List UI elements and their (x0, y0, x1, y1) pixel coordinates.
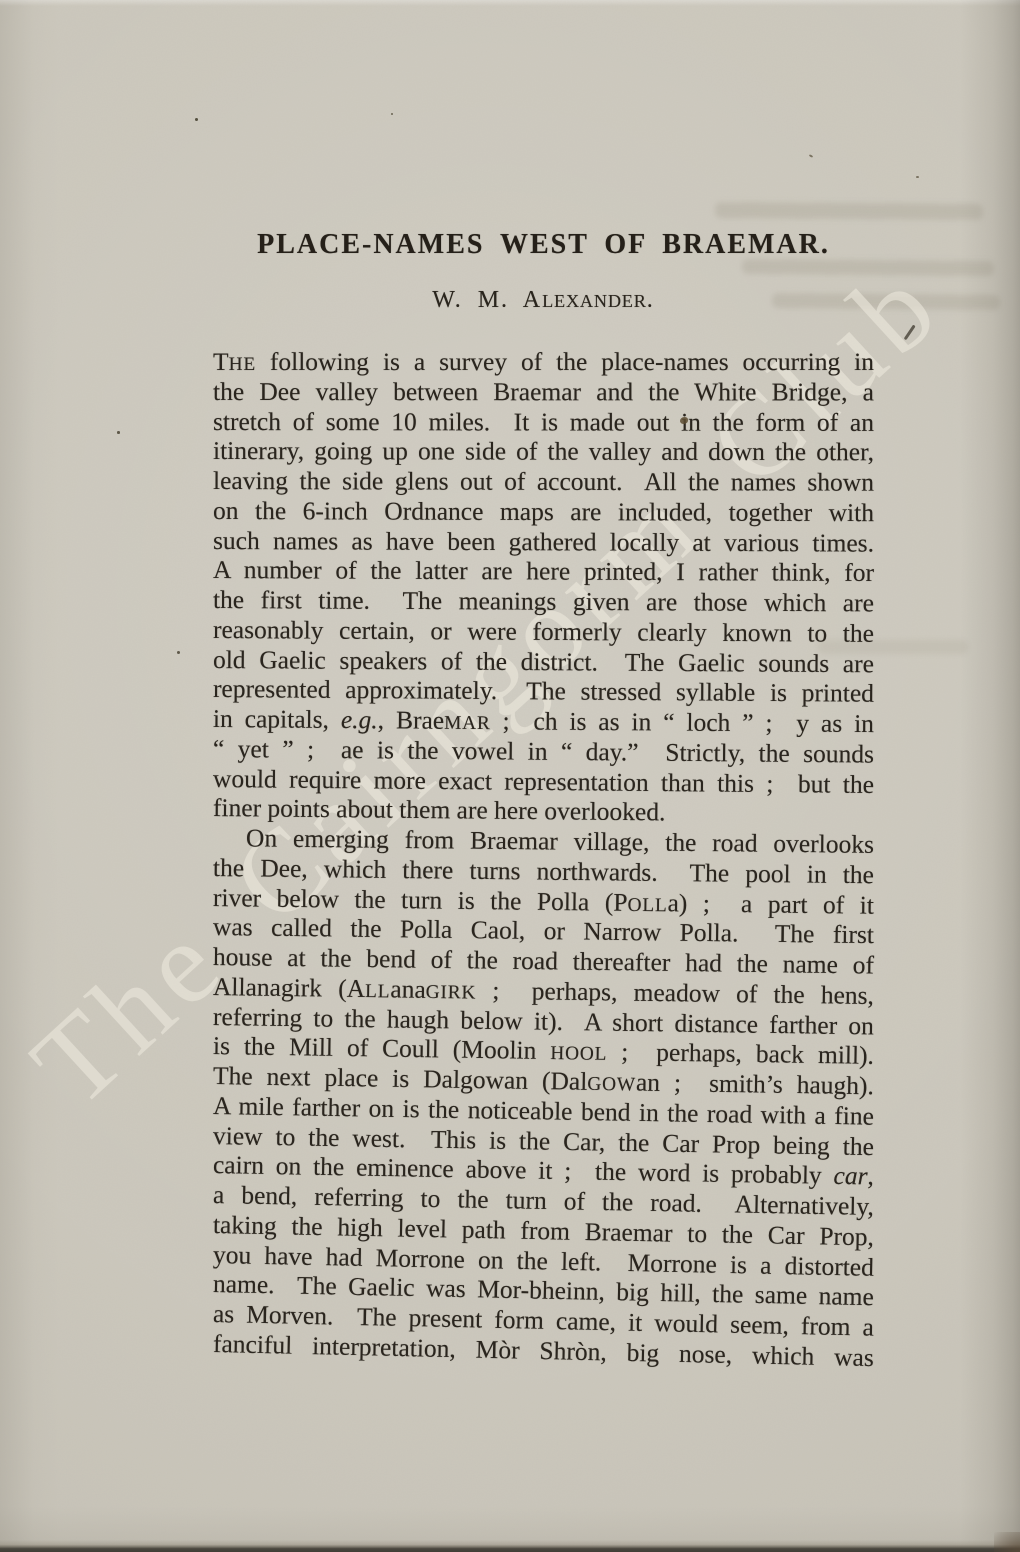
text-segment: , (867, 1162, 874, 1191)
ink-speck (809, 154, 813, 158)
text-line: leaving the side glens out of account. A… (213, 466, 874, 497)
text-segment: itinerary, going up one side of the vall… (213, 436, 874, 466)
small-caps-text: GIRK (426, 982, 477, 1004)
text-line: the first time. The meanings given are t… (213, 585, 874, 618)
scan-corner-shadow (994, 1532, 1020, 1552)
ink-speck (916, 176, 919, 178)
text-segment: represented approximately. The stressed … (213, 674, 874, 708)
text-line: itinerary, going up one side of the vall… (213, 436, 874, 467)
text-line: the Dee valley between Braemar and the W… (213, 377, 874, 407)
text-segment: reasonably certain, or were formerly cle… (213, 615, 874, 648)
text-segment: leaving the side glens out of account. A… (213, 466, 874, 497)
paragraph: On emerging from Braemar village, the ro… (213, 823, 874, 1359)
small-caps-text: LL (365, 981, 391, 1002)
text-segment: Allanagirk (A (213, 972, 365, 1003)
author-name: W. M. ALEXANDER. (213, 287, 874, 314)
text-line: “ yet ” ; ae is the vowel in “ day.” Str… (213, 734, 874, 769)
text-segment: river below the turn is the Polla (P (213, 883, 628, 917)
small-caps-text: OLL (627, 894, 667, 915)
text-segment: the first time. The meanings given are t… (213, 585, 874, 617)
ink-speck (195, 118, 198, 121)
ink-speck (117, 431, 120, 434)
text-line: A number of the latter are here printed,… (213, 555, 874, 588)
text-line: on the 6-inch Ordnance maps are included… (213, 496, 874, 528)
text-line: old Gaelic speakers of the district. The… (213, 645, 874, 679)
small-caps-text: LEXANDER (542, 291, 647, 311)
text-segment: ; ch is as in “ loch ” ; y as in (491, 706, 875, 738)
text-segment: is the Mill of Coull (Moolin (213, 1031, 551, 1065)
text-segment: in capitals, (213, 704, 341, 734)
text-segment: following is a survey of the place-names… (256, 347, 874, 376)
text-segment: , Brae (378, 705, 445, 735)
text-segment: the Dee valley between Braemar and the W… (213, 377, 874, 406)
text-segment: . (647, 287, 655, 313)
text-segment: The next place is Dalgowan (Dal (213, 1061, 588, 1096)
text-segment: an ; smith’s haugh). (636, 1068, 874, 1101)
page-title: PLACE-NAMES WEST OF BRAEMAR. (213, 229, 874, 261)
text-segment: finer points about them are here overloo… (213, 793, 666, 826)
page-curve-shadow (960, 0, 1020, 1552)
pen-mark (904, 325, 916, 341)
text-line: represented approximately. The stressed … (213, 674, 874, 708)
scanned-page: The Cairngorm Club PLACE-NAMES WEST OF B… (0, 0, 1020, 1552)
text-segment: T (213, 347, 229, 376)
ink-speck (177, 651, 180, 654)
show-through-smudge (715, 202, 983, 220)
text-line: reasonably certain, or were formerly cle… (213, 615, 874, 649)
text-segment: A number of the latter are here printed,… (213, 555, 874, 587)
italic-text: car (833, 1161, 868, 1191)
text-segment: ana (390, 974, 426, 1003)
text-segment: “ yet ” ; ae is the vowel in “ day.” Str… (213, 734, 874, 769)
small-caps-text: GOW (587, 1074, 636, 1096)
scan-bottom-edge (0, 1540, 1020, 1552)
italic-text: e.g. (341, 705, 378, 734)
text-segment: old Gaelic speakers of the district. The… (213, 645, 874, 678)
text-line: in capitals, e.g., BraeMAR ; ch is as in… (213, 704, 874, 739)
text-segment: ; perhaps, meadow of the hens, (476, 975, 874, 1009)
text-line: THE following is a survey of the place-n… (213, 347, 874, 377)
text-line: such names as have been gathered locally… (213, 526, 874, 558)
show-through-smudge (742, 259, 994, 276)
small-caps-text: MAR (444, 713, 491, 734)
paragraph: THE following is a survey of the place-n… (213, 347, 874, 823)
text-segment: ; perhaps, back mill). (607, 1037, 874, 1070)
text-segment: such names as have been gathered locally… (213, 526, 874, 558)
text-segment: on the 6-inch Ordnance maps are included… (213, 496, 874, 527)
ink-speck (391, 113, 393, 115)
text-segment: W. M. A (432, 287, 542, 313)
text-segment: a) ; a part of it (667, 888, 874, 919)
small-caps-text: HE (229, 354, 256, 375)
text-line: stretch of some 10 miles. It is made out… (213, 407, 874, 438)
small-caps-text: HOOL (550, 1043, 607, 1065)
body-text: THE following is a survey of the place-n… (213, 347, 874, 1359)
text-segment: stretch of some 10 miles. It is made out… (213, 407, 874, 437)
